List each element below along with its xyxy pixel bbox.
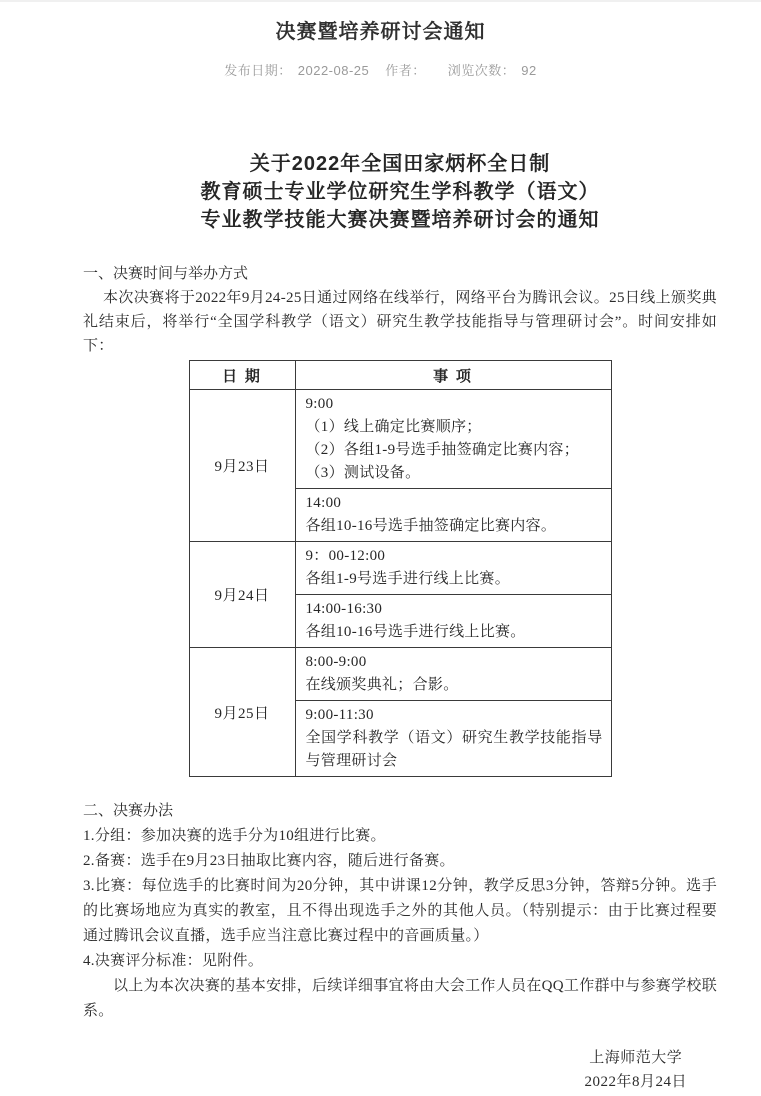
section1-heading: 一、决赛时间与举办方式 bbox=[83, 262, 717, 286]
event-cell-sep23-afternoon: 14:00 各组10-16号选手抽签确定比赛内容。 bbox=[295, 489, 611, 542]
signature-organization: 上海师范大学 bbox=[584, 1046, 687, 1070]
event-detail: （2）各组1-9号选手抽签确定比赛内容； bbox=[306, 439, 603, 462]
rule-item-grouping: 1.分组：参加决赛的选手分为10组进行比赛。 bbox=[83, 824, 717, 849]
event-cell-sep24-afternoon: 14:00-16:30 各组10-16号选手进行线上比赛。 bbox=[295, 595, 611, 648]
date-column-header: 日 期 bbox=[189, 361, 295, 390]
event-cell-sep23-morning: 9:00 （1）线上确定比赛顺序； （2）各组1-9号选手抽签确定比赛内容； （… bbox=[295, 390, 611, 489]
document-title: 关于2022年全国田家炳杯全日制 教育硕士专业学位研究生学科教学（语文） 专业教… bbox=[83, 150, 717, 234]
schedule-table: 日 期 事 项 9月23日 9:00 （1）线上确定比赛顺序； （2）各组1-9… bbox=[189, 360, 612, 777]
date-cell-sep24: 9月24日 bbox=[189, 542, 295, 648]
event-detail: 各组10-16号选手抽签确定比赛内容。 bbox=[306, 515, 603, 538]
document-title-line-2: 教育硕士专业学位研究生学科教学（语文） bbox=[83, 178, 717, 206]
event-detail: 各组1-9号选手进行线上比赛。 bbox=[306, 568, 603, 591]
event-time: 9:00 bbox=[306, 393, 603, 416]
post-meta: 发布日期：2022-08-25作者：浏览次数：92 bbox=[0, 63, 761, 78]
publish-date-label: 发布日期： bbox=[224, 63, 292, 78]
table-row: 9月24日 9：00-12:00 各组1-9号选手进行线上比赛。 bbox=[189, 542, 611, 595]
date-cell-sep23: 9月23日 bbox=[189, 390, 295, 542]
event-detail: 在线颁奖典礼；合影。 bbox=[306, 674, 603, 697]
event-time: 14:00-16:30 bbox=[306, 598, 603, 621]
table-header-row: 日 期 事 项 bbox=[189, 361, 611, 390]
event-time: 9:00-11:30 bbox=[306, 704, 603, 727]
event-detail: （1）线上确定比赛顺序； bbox=[306, 416, 603, 439]
author-label: 作者： bbox=[385, 63, 426, 78]
event-time: 14:00 bbox=[306, 492, 603, 515]
event-column-header: 事 项 bbox=[295, 361, 611, 390]
site-header: 决赛暨培养研讨会通知 发布日期：2022-08-25作者：浏览次数：92 bbox=[0, 2, 761, 78]
views-value: 92 bbox=[521, 63, 536, 78]
date-cell-sep25: 9月25日 bbox=[189, 648, 295, 777]
section2-heading: 二、决赛办法 bbox=[83, 799, 717, 824]
notice-page: { "page": { "title": "决赛暨培养研讨会通知", "meta… bbox=[0, 0, 761, 1096]
publish-date-value: 2022-08-25 bbox=[298, 63, 370, 78]
rule-item-competition: 3.比赛：每位选手的比赛时间为20分钟，其中讲课12分钟，教学反思3分钟，答辩5… bbox=[83, 874, 717, 949]
event-cell-sep25-morning: 8:00-9:00 在线颁奖典礼；合影。 bbox=[295, 648, 611, 701]
document-title-line-1: 关于2022年全国田家炳杯全日制 bbox=[83, 150, 717, 178]
signature-date: 2022年8月24日 bbox=[584, 1070, 687, 1094]
table-row: 9月25日 8:00-9:00 在线颁奖典礼；合影。 bbox=[189, 648, 611, 701]
closing-paragraph: 以上为本次决赛的基本安排，后续详细事宜将由大会工作人员在QQ工作群中与参赛学校联… bbox=[83, 974, 717, 1024]
event-detail: （3）测试设备。 bbox=[306, 462, 603, 485]
event-detail: 各组10-16号选手进行线上比赛。 bbox=[306, 621, 603, 644]
event-detail: 全国学科教学（语文）研究生教学技能指导与管理研讨会 bbox=[306, 727, 603, 773]
page-title: 决赛暨培养研讨会通知 bbox=[0, 20, 761, 44]
document-title-line-3: 专业教学技能大赛决赛暨培养研讨会的通知 bbox=[83, 206, 717, 234]
rule-item-preparation: 2.备赛：选手在9月23日抽取比赛内容，随后进行备赛。 bbox=[83, 849, 717, 874]
views-label: 浏览次数： bbox=[448, 63, 516, 78]
notice-document: 关于2022年全国田家炳杯全日制 教育硕士专业学位研究生学科教学（语文） 专业教… bbox=[83, 150, 717, 1094]
signature-block: 上海师范大学 2022年8月24日 bbox=[584, 1046, 687, 1094]
section1-paragraph: 本次决赛将于2022年9月24-25日通过网络在线举行，网络平台为腾讯会议。25… bbox=[83, 286, 717, 358]
event-time: 9：00-12:00 bbox=[306, 545, 603, 568]
event-cell-sep24-morning: 9：00-12:00 各组1-9号选手进行线上比赛。 bbox=[295, 542, 611, 595]
event-time: 8:00-9:00 bbox=[306, 651, 603, 674]
table-row: 9月23日 9:00 （1）线上确定比赛顺序； （2）各组1-9号选手抽签确定比… bbox=[189, 390, 611, 489]
event-cell-sep25-seminar: 9:00-11:30 全国学科教学（语文）研究生教学技能指导与管理研讨会 bbox=[295, 701, 611, 777]
rule-item-scoring: 4.决赛评分标准：见附件。 bbox=[83, 949, 717, 974]
